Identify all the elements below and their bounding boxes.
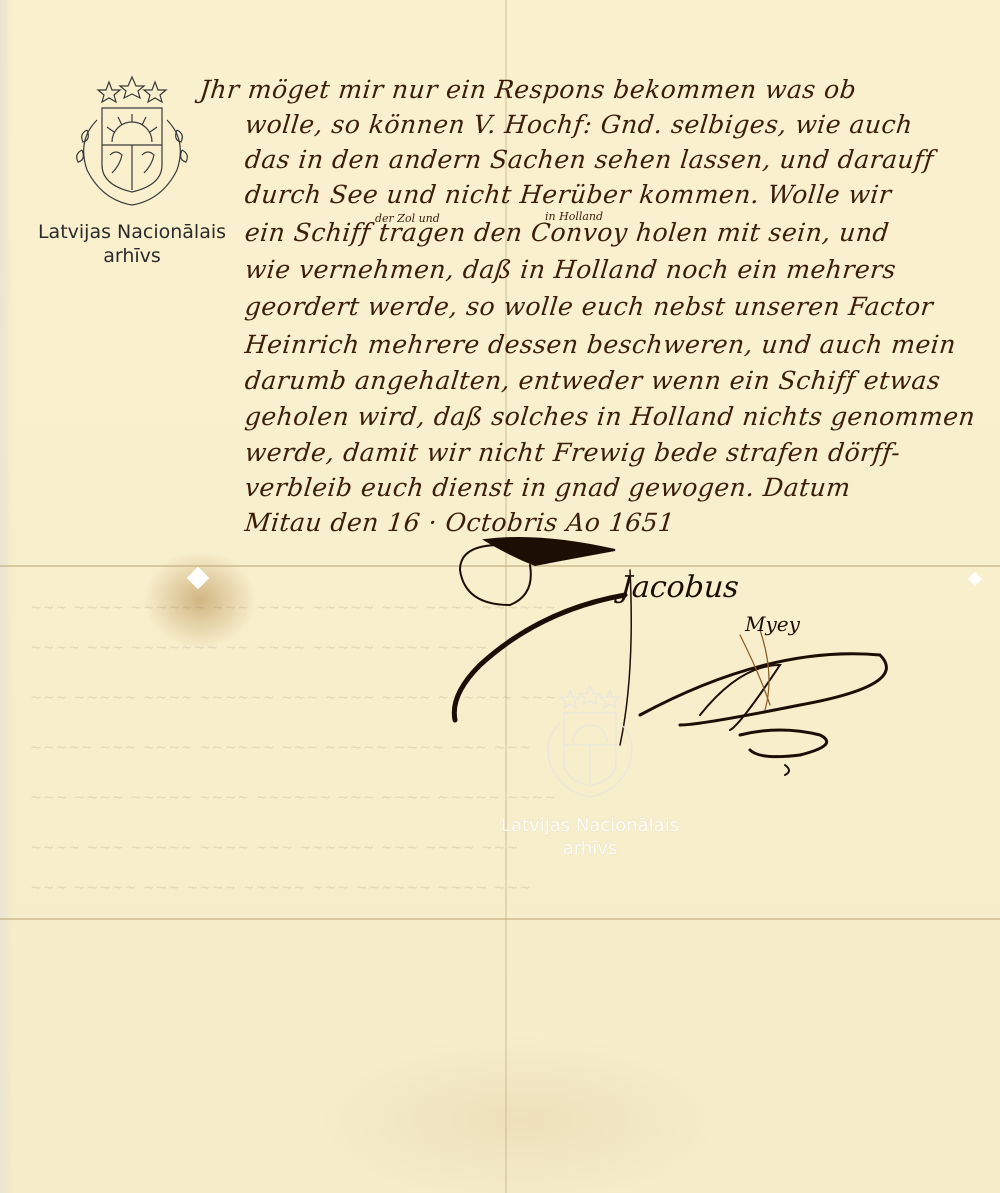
letter-line: das in den andern Sachen sehen lassen, u… [243,145,935,174]
archive-watermark: Latvijas Nacionālais arhīvs [470,680,710,860]
letter-line: wolle, so können V. Hochf: Gnd. selbiges… [243,110,914,139]
watermark-line1: Latvijas Nacionālais [470,814,710,837]
coat-of-arms-watermark-icon [520,680,660,810]
watermark-line2: arhīvs [470,837,710,860]
letter-line: werde, damit wir nicht Frewig bede straf… [243,438,901,467]
letter-line: geordert werde, so wolle euch nebst unse… [243,292,934,321]
fold-line [0,918,1000,920]
signature-subscript: Myey [745,612,800,636]
coat-of-arms-icon [62,70,202,220]
archive-name-line2: arhīvs [22,244,242,268]
paper-hole [968,572,982,586]
paper-hole [187,567,210,590]
bleed-through-text: ~~~ ~~~~~ ~~~ ~~~~ ~~~~~ ~~~ ~~~~~~ ~~~~… [30,880,532,896]
paper-edge [0,0,14,1193]
signature-name: Jacobus [619,570,740,605]
letter-line: Heinrich mehrere dessen beschweren, und … [243,330,957,359]
bleed-through-text: ~~~~ ~~~ ~~~~~~~ ~~ ~~~~ ~~~~~ ~~~~ ~~~~ [30,640,488,656]
letter-line: Jhr möget mir nur ein Respons bekommen w… [198,75,857,104]
document-page: ~~~ ~~~~ ~~~~~~ ~~~ ~~~~ ~~~~~ ~~~ ~~~~ … [0,0,1000,1193]
archive-name-line1: Latvijas Nacionālais [22,220,242,244]
letter-line: durch See und nicht Herüber kommen. Woll… [243,180,893,209]
bleed-through-text: ~~~~ ~~~ ~~~~~ ~~~~ ~~~ ~~~~~~ ~~~ ~~~~ … [30,840,519,856]
letter-line: verbleib euch dienst in gnad gewogen. Da… [243,473,852,502]
letter-line: geholen wird, daß solches in Holland nic… [243,402,976,431]
letter-line: darumb angehalten, entweder wenn ein Sch… [243,366,941,395]
letter-line: ein Schiff tragen den Convoy holen mit s… [243,218,890,247]
letter-line: wie vernehmen, daß in Holland noch ein m… [243,255,897,284]
